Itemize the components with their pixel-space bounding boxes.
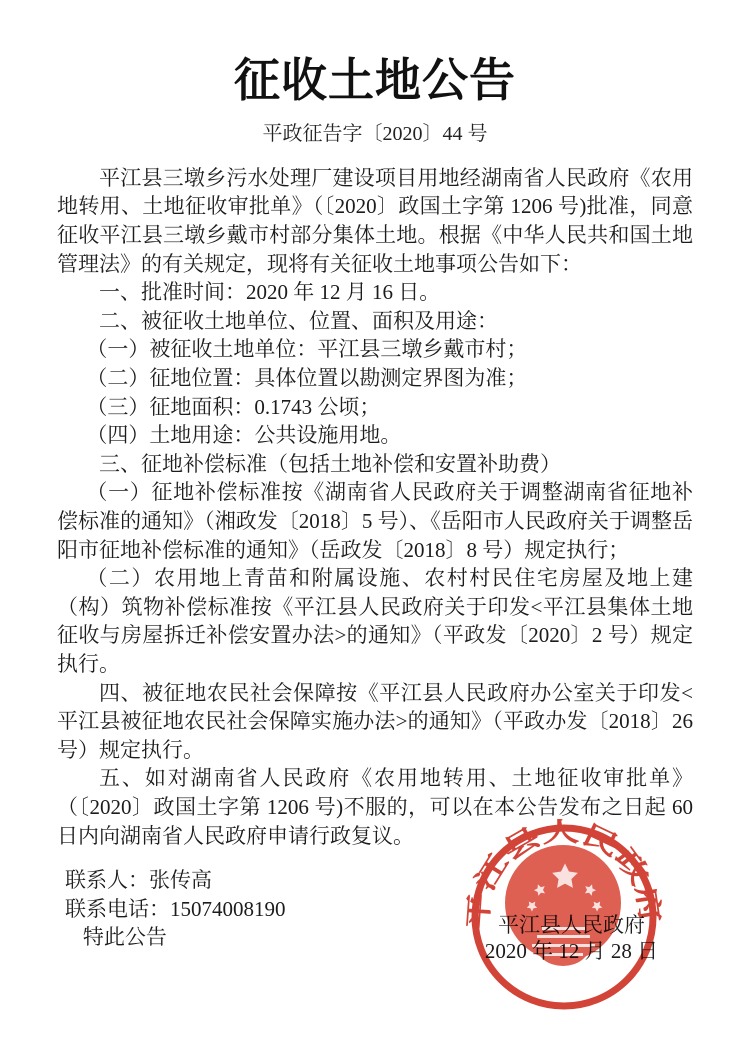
signature-issuer: 平江县人民政府 <box>464 913 679 938</box>
paragraph-item-5: 五、如对湖南省人民政府《农用地转用、土地征收审批单》（〔2020〕政国土字第 1… <box>57 764 693 850</box>
contact-person-line: 联系人：张传高 <box>65 866 693 895</box>
paragraph-intro: 平江县三墩乡污水处理厂建设项目用地经湖南省人民政府《农用地转用、土地征收审批单》… <box>57 164 693 278</box>
paragraph-item-3: 三、征地补偿标准（包括土地补偿和安置补助费） <box>57 450 693 479</box>
announcement-body: 平江县三墩乡污水处理厂建设项目用地经湖南省人民政府《农用地转用、土地征收审批单》… <box>57 164 693 850</box>
paragraph-item-2-3: （三）征地面积：0.1743 公顷； <box>57 393 693 422</box>
page-title: 征收土地公告 <box>57 54 693 107</box>
contact-person-label: 联系人： <box>65 868 149 892</box>
paragraph-item-3-1: （一）征地补偿标准按《湖南省人民政府关于调整湖南省征地补偿标准的通知》（湘政发〔… <box>57 478 693 564</box>
contact-phone-label: 联系电话： <box>65 897 170 921</box>
paragraph-item-2-4: （四）土地用途：公共设施用地。 <box>57 421 693 450</box>
contact-person-name: 张传高 <box>149 868 212 892</box>
announcement-page: 征收土地公告 平政征告字〔2020〕44 号 平江县三墩乡污水处理厂建设项目用地… <box>0 0 750 1060</box>
paragraph-item-1: 一、批准时间：2020 年 12 月 16 日。 <box>57 278 693 307</box>
paragraph-item-2-1: （一）被征收土地单位：平江县三墩乡戴市村； <box>57 335 693 364</box>
paragraph-item-4: 四、被征地农民社会保障按《平江县人民政府办公室关于印发<平江县被征地农民社会保障… <box>57 679 693 765</box>
contact-phone-number: 15074008190 <box>170 897 286 921</box>
signature-date: 2020 年 12 月 28 日 <box>459 939 684 964</box>
announcement-content: 征收土地公告 平政征告字〔2020〕44 号 平江县三墩乡污水处理厂建设项目用地… <box>57 0 693 952</box>
doc-number: 平政征告字〔2020〕44 号 <box>57 122 693 146</box>
paragraph-item-2: 二、被征收土地单位、位置、面积及用途： <box>57 307 693 336</box>
paragraph-item-2-2: （二）征地位置：具体位置以勘测定界图为准； <box>57 364 693 393</box>
paragraph-item-3-2: （二）农用地上青苗和附属设施、农村村民住宅房屋及地上建（构）筑物补偿标准按《平江… <box>57 564 693 678</box>
